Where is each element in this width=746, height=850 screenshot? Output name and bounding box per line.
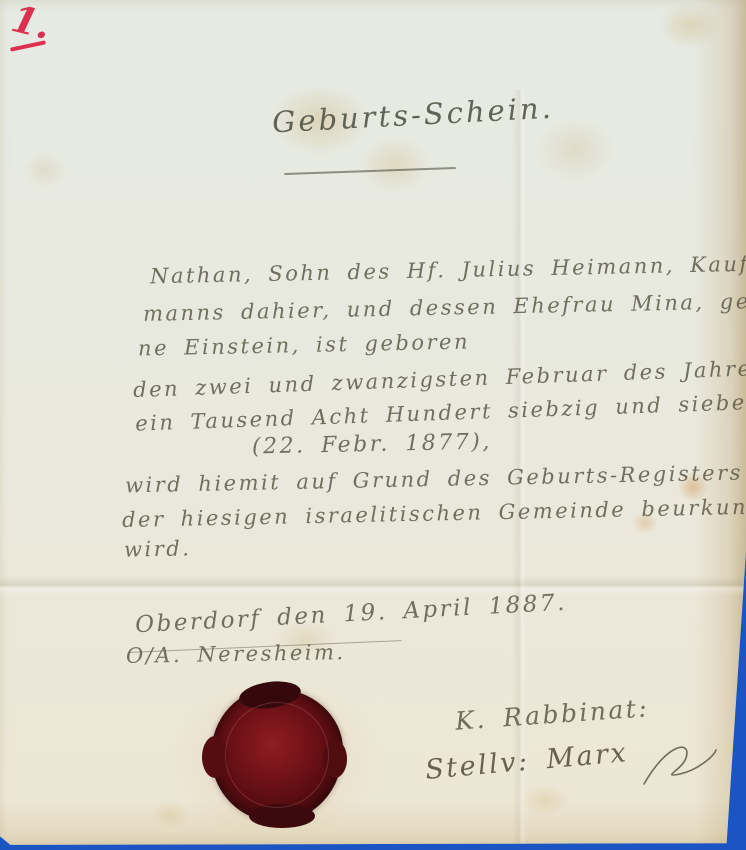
body-line: wird. — [124, 536, 192, 561]
title-underline — [284, 167, 456, 175]
horizontal-fold-crease — [0, 576, 746, 596]
signature-paraph-flourish — [640, 740, 720, 790]
body-line: wird hiemit auf Grund des Geburts-Regist… — [125, 461, 743, 498]
seal-impression-ring — [225, 702, 329, 808]
document-photo: 1. Geburts-Schein. Nathan, Sohn des Hf. … — [0, 0, 746, 850]
body-line: der hiesigen israelitischen Gemeinde beu… — [122, 494, 746, 532]
body-line: manns dahier, und dessen Ehefrau Mina, g… — [143, 288, 746, 326]
paper-sheet: 1. Geburts-Schein. Nathan, Sohn des Hf. … — [0, 0, 746, 850]
place-date-line: Oberdorf den 19. April 1887. — [135, 590, 568, 639]
signature-office-line: K. Rabbinat: — [454, 693, 650, 735]
archivist-number-mark: 1. — [7, 0, 55, 48]
body-line-date-parenthetical: (22. Febr. 1877), — [252, 429, 492, 459]
body-line: ne Einstein, ist geboren — [138, 330, 470, 361]
body-line: Nathan, Sohn des Hf. Julius Heimann, Kau… — [150, 252, 746, 289]
district-line: O/A. Neresheim. — [126, 640, 346, 668]
red-wax-seal — [211, 688, 343, 822]
